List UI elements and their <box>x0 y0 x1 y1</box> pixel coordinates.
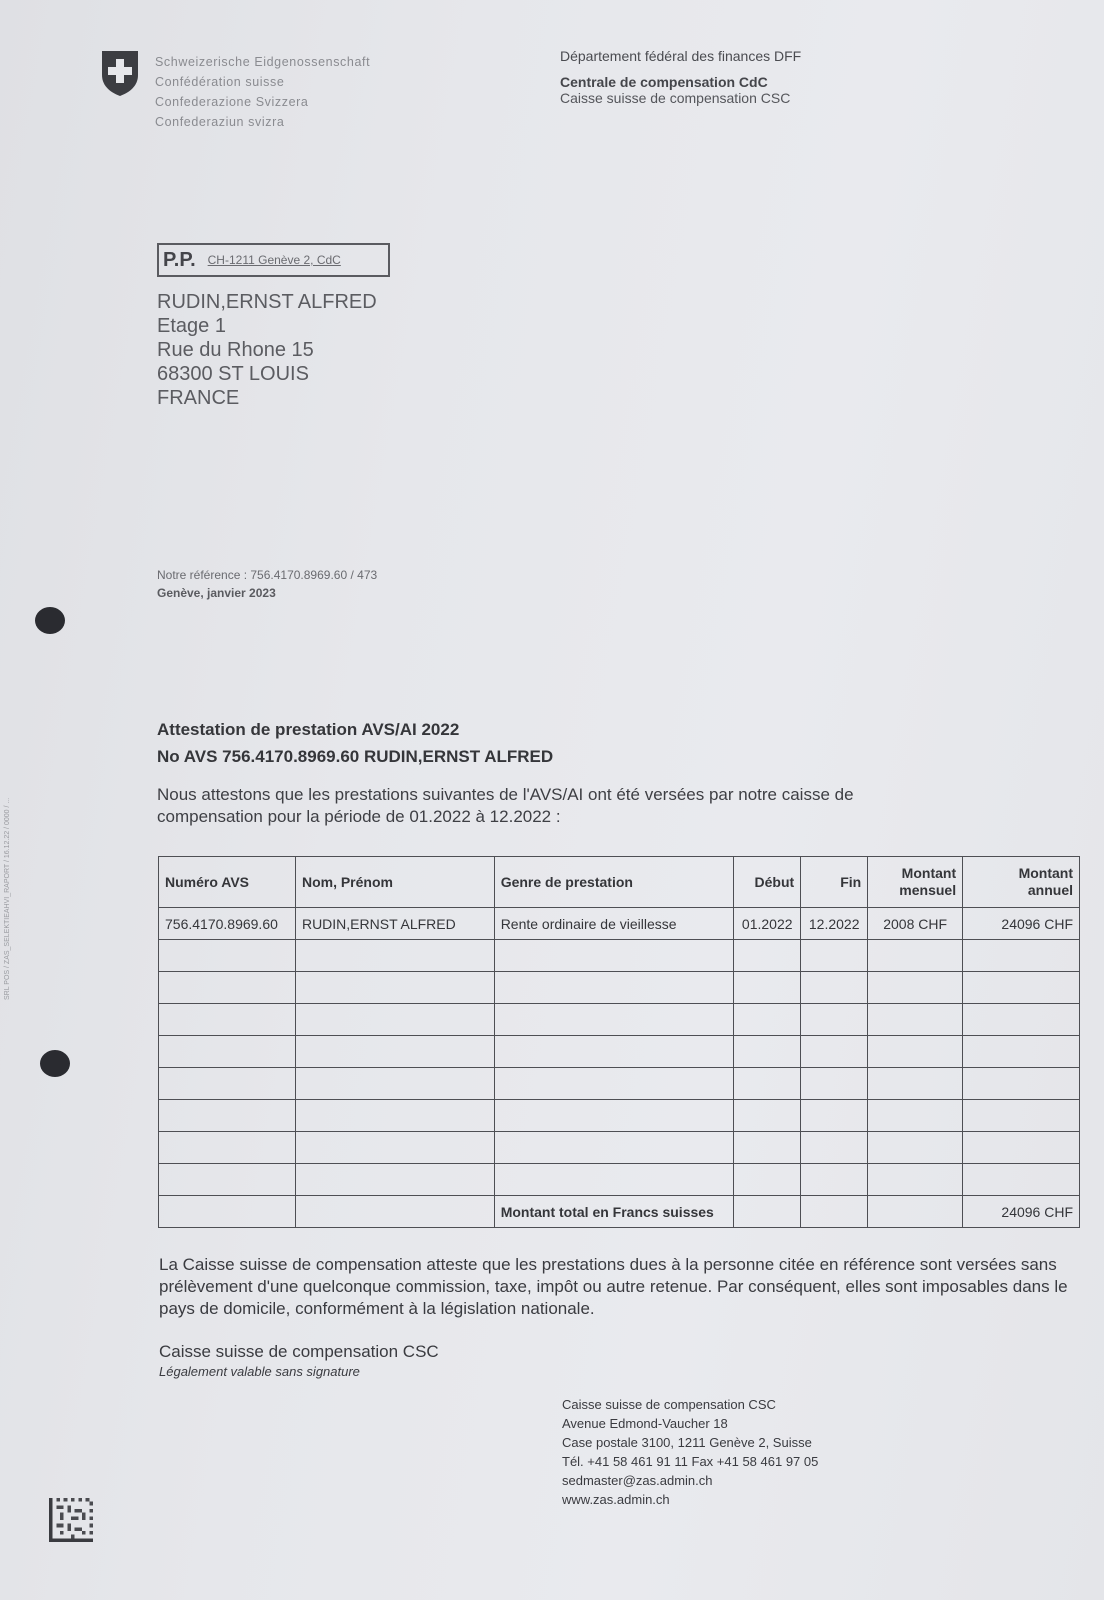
empty-cell <box>801 972 868 1004</box>
empty-cell <box>963 1164 1080 1196</box>
empty-cell <box>295 1132 494 1164</box>
benefits-table: Numéro AVS Nom, Prénom Genre de prestati… <box>158 856 1080 1228</box>
empty-cell <box>295 1164 494 1196</box>
empty-cell <box>734 1036 801 1068</box>
empty-cell <box>963 940 1080 972</box>
signoff-name: Caisse suisse de compensation CSC <box>159 1342 439 1362</box>
closing-paragraph: La Caisse suisse de compensation atteste… <box>159 1254 1079 1320</box>
office-name: Caisse suisse de compensation CSC <box>560 90 801 106</box>
empty-cell <box>868 1132 963 1164</box>
empty-cell <box>801 1132 868 1164</box>
intro-paragraph: Nous attestons que les prestations suiva… <box>157 784 957 828</box>
signoff-note: Légalement valable sans signature <box>159 1364 360 1379</box>
empty-cell <box>159 1068 296 1100</box>
punch-hole <box>40 1050 70 1077</box>
empty-cell <box>734 1100 801 1132</box>
empty-cell <box>868 1100 963 1132</box>
empty-cell <box>494 940 734 972</box>
empty-cell <box>963 1100 1080 1132</box>
punch-hole <box>35 607 65 634</box>
confederation-line-de: Schweizerische Eidgenossenschaft <box>155 52 370 72</box>
postage-label: P.P. <box>163 249 196 272</box>
col-header-end: Fin <box>801 857 868 908</box>
empty-cell <box>734 1068 801 1100</box>
total-empty-cell <box>295 1196 494 1228</box>
title-line-2: No AVS 756.4170.8969.60 RUDIN,ERNST ALFR… <box>157 743 553 770</box>
col-header-start: Début <box>734 857 801 908</box>
empty-cell <box>159 1164 296 1196</box>
table-row: 756.4170.8969.60 RUDIN,ERNST ALFRED Rent… <box>159 908 1080 940</box>
footer-postbox: Case postale 3100, 1211 Genève 2, Suisse <box>562 1433 818 1452</box>
empty-cell <box>868 1004 963 1036</box>
table-row-empty <box>159 1004 1080 1036</box>
empty-cell <box>734 1132 801 1164</box>
col-header-name: Nom, Prénom <box>295 857 494 908</box>
recipient-floor: Etage 1 <box>157 314 377 338</box>
empty-cell <box>801 1036 868 1068</box>
empty-cell <box>734 1164 801 1196</box>
reference-number: Notre référence : 756.4170.8969.60 / 473 <box>157 566 377 584</box>
empty-cell <box>295 972 494 1004</box>
empty-cell <box>734 1004 801 1036</box>
recipient-name: RUDIN,ERNST ALFRED <box>157 290 377 314</box>
empty-cell <box>868 972 963 1004</box>
empty-cell <box>494 1164 734 1196</box>
footer-email: sedmaster@zas.admin.ch <box>562 1471 818 1490</box>
table-row-empty <box>159 940 1080 972</box>
col-header-avs-number: Numéro AVS <box>159 857 296 908</box>
empty-cell <box>295 940 494 972</box>
footer-phone: Tél. +41 58 461 91 11 Fax +41 58 461 97 … <box>562 1452 818 1471</box>
office-name-bold: Centrale de compensation CdC <box>560 74 801 90</box>
sender-footer: Caisse suisse de compensation CSC Avenue… <box>562 1395 818 1509</box>
col-header-benefit-type: Genre de prestation <box>494 857 734 908</box>
empty-cell <box>295 1068 494 1100</box>
empty-cell <box>801 1100 868 1132</box>
document-date: Genève, janvier 2023 <box>157 584 377 602</box>
empty-cell <box>494 1036 734 1068</box>
empty-cell <box>159 1132 296 1164</box>
empty-cell <box>868 1068 963 1100</box>
empty-cell <box>494 1068 734 1100</box>
table-row-empty <box>159 1132 1080 1164</box>
empty-cell <box>868 1036 963 1068</box>
postage-code: CH-1211 Genève 2, CdC <box>208 253 341 267</box>
department-name: Département fédéral des finances DFF <box>560 48 801 64</box>
empty-cell <box>868 940 963 972</box>
empty-cell <box>295 1036 494 1068</box>
cell-benefit-type: Rente ordinaire de vieillesse <box>494 908 734 940</box>
footer-website: www.zas.admin.ch <box>562 1490 818 1509</box>
table-row-empty <box>159 1100 1080 1132</box>
recipient-city: 68300 ST LOUIS <box>157 362 377 386</box>
empty-cell <box>159 940 296 972</box>
empty-cell <box>159 1036 296 1068</box>
col-header-monthly-l1: Montant <box>874 865 956 882</box>
empty-cell <box>801 1164 868 1196</box>
cell-name: RUDIN,ERNST ALFRED <box>295 908 494 940</box>
table-row-empty <box>159 972 1080 1004</box>
empty-cell <box>801 1068 868 1100</box>
table-row-empty <box>159 1068 1080 1100</box>
empty-cell <box>734 940 801 972</box>
empty-cell <box>868 1164 963 1196</box>
empty-cell <box>295 1100 494 1132</box>
footer-street: Avenue Edmond-Vaucher 18 <box>562 1414 818 1433</box>
side-print-code: SRL POS / ZAS_SELEKTIEAHVI_RAPORT / 16.1… <box>2 440 16 1000</box>
empty-cell <box>963 972 1080 1004</box>
recipient-address: RUDIN,ERNST ALFRED Etage 1 Rue du Rhone … <box>157 290 377 410</box>
empty-cell <box>494 1132 734 1164</box>
reference-block: Notre référence : 756.4170.8969.60 / 473… <box>157 566 377 602</box>
datamatrix-barcode-icon <box>48 1498 94 1542</box>
table-row-empty <box>159 1164 1080 1196</box>
empty-cell <box>963 1036 1080 1068</box>
col-header-monthly: Montant mensuel <box>868 857 963 908</box>
empty-cell <box>494 1004 734 1036</box>
cell-avs-number: 756.4170.8969.60 <box>159 908 296 940</box>
cell-end: 12.2022 <box>801 908 868 940</box>
confederation-wordmark: Schweizerische Eidgenossenschaft Confédé… <box>155 52 370 132</box>
cell-monthly: 2008 CHF <box>868 908 963 940</box>
confederation-line-fr: Confédération suisse <box>155 72 370 92</box>
empty-cell <box>295 1004 494 1036</box>
side-print-code-text: SRL POS / ZAS_SELEKTIEAHVI_RAPORT / 16.1… <box>4 440 11 1000</box>
col-header-annual: Montant annuel <box>963 857 1080 908</box>
empty-cell <box>159 1100 296 1132</box>
document-title: Attestation de prestation AVS/AI 2022 No… <box>157 716 553 770</box>
col-header-monthly-l2: mensuel <box>874 882 956 899</box>
empty-cell <box>963 1068 1080 1100</box>
issuing-department: Département fédéral des finances DFF Cen… <box>560 48 801 106</box>
empty-cell <box>963 1004 1080 1036</box>
total-empty-cell <box>868 1196 963 1228</box>
cell-start: 01.2022 <box>734 908 801 940</box>
empty-cell <box>801 1004 868 1036</box>
total-empty-cell <box>734 1196 801 1228</box>
empty-cell <box>801 940 868 972</box>
col-header-annual-l2: annuel <box>969 882 1073 899</box>
total-empty-cell <box>801 1196 868 1228</box>
empty-cell <box>159 972 296 1004</box>
empty-cell <box>734 972 801 1004</box>
empty-cell <box>963 1132 1080 1164</box>
table-row-empty <box>159 1036 1080 1068</box>
title-line-1: Attestation de prestation AVS/AI 2022 <box>157 716 553 743</box>
recipient-street: Rue du Rhone 15 <box>157 338 377 362</box>
swiss-cross-shield-icon <box>100 49 140 97</box>
confederation-line-it: Confederazione Svizzera <box>155 92 370 112</box>
table-header-row: Numéro AVS Nom, Prénom Genre de prestati… <box>159 857 1080 908</box>
table-total-row: Montant total en Francs suisses 24096 CH… <box>159 1196 1080 1228</box>
col-header-annual-l1: Montant <box>969 865 1073 882</box>
empty-cell <box>494 1100 734 1132</box>
total-label: Montant total en Francs suisses <box>494 1196 734 1228</box>
postage-box: P.P. CH-1211 Genève 2, CdC <box>157 243 390 277</box>
cell-annual: 24096 CHF <box>963 908 1080 940</box>
recipient-country: FRANCE <box>157 386 377 410</box>
confederation-line-rm: Confederaziun svizra <box>155 112 370 132</box>
empty-cell <box>494 972 734 1004</box>
total-value: 24096 CHF <box>963 1196 1080 1228</box>
total-empty-cell <box>159 1196 296 1228</box>
empty-cell <box>159 1004 296 1036</box>
footer-org: Caisse suisse de compensation CSC <box>562 1395 818 1414</box>
